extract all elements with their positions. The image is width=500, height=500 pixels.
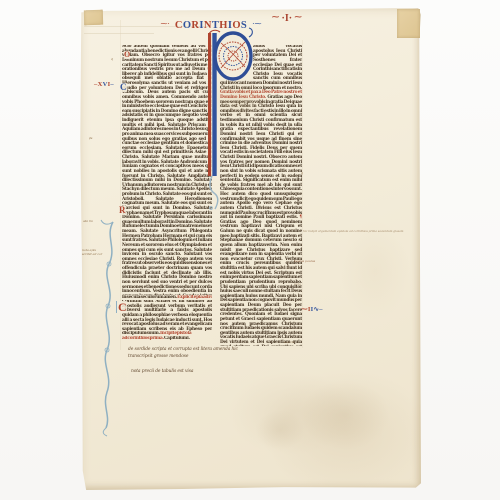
header-flourish-right: ·⁓ xyxy=(252,20,261,28)
initial-c-commendo: C xyxy=(120,83,127,92)
text-column-left: Scio autem quoniam veniens ad vos in abu… xyxy=(122,45,212,341)
margin-note: ⁘ xyxy=(299,216,302,219)
margin-note: alia lra xyxy=(83,220,93,223)
illuminated-initial-p xyxy=(207,29,255,213)
margin-gloss-line: hic incipit argumentum epistole ad corin… xyxy=(303,230,407,233)
tape-top-right xyxy=(397,9,420,38)
folio-numeral-value: ·I· xyxy=(282,13,293,24)
initial-o: O xyxy=(124,51,130,59)
chapter-mark-xvi: –XVI– xyxy=(94,81,114,88)
bottom-annotation: nota precii de tabulis est visa xyxy=(131,369,193,375)
margin-note: nota xyxy=(294,283,301,286)
initial-r-rogo: R xyxy=(119,206,126,215)
margin-note: sequitur xyxy=(284,341,295,344)
incipit-line-2: ad corinthios prima. Capitulum i. xyxy=(122,336,212,341)
ruling-line xyxy=(302,40,303,348)
ruling-line xyxy=(84,33,154,34)
bottom-annotation: transcripsit grosse mendose xyxy=(128,354,188,360)
folio-numeral: ⁓ ·I· ⁓ xyxy=(272,13,302,24)
margin-note: p̃s xyxy=(89,137,92,140)
left-column-text: Scio autem quoniam veniens ad vos in abu… xyxy=(122,45,212,295)
margin-note: q̃ xyxy=(301,172,303,175)
manuscript-photo: ⁓· CORINTHIOS ·⁓ ⁓ ·I· ⁓ –XVI– ⁓II∿– Sci… xyxy=(0,0,500,500)
margin-note: scribit ad cor xyxy=(82,253,102,256)
header-flourish-left: ⁓· xyxy=(161,20,170,28)
margin-note: beatus paulus xyxy=(294,260,315,263)
tape-top-left xyxy=(84,10,104,26)
chapter-mark-ii: ⁓II∿– xyxy=(301,305,323,313)
prologue-text: Corinthii sunt Achaei et hii similiter a… xyxy=(122,300,212,331)
margin-note: q̃ xyxy=(111,58,113,61)
bottom-annotation: de sordide scripta et corrupta est liter… xyxy=(128,347,238,353)
